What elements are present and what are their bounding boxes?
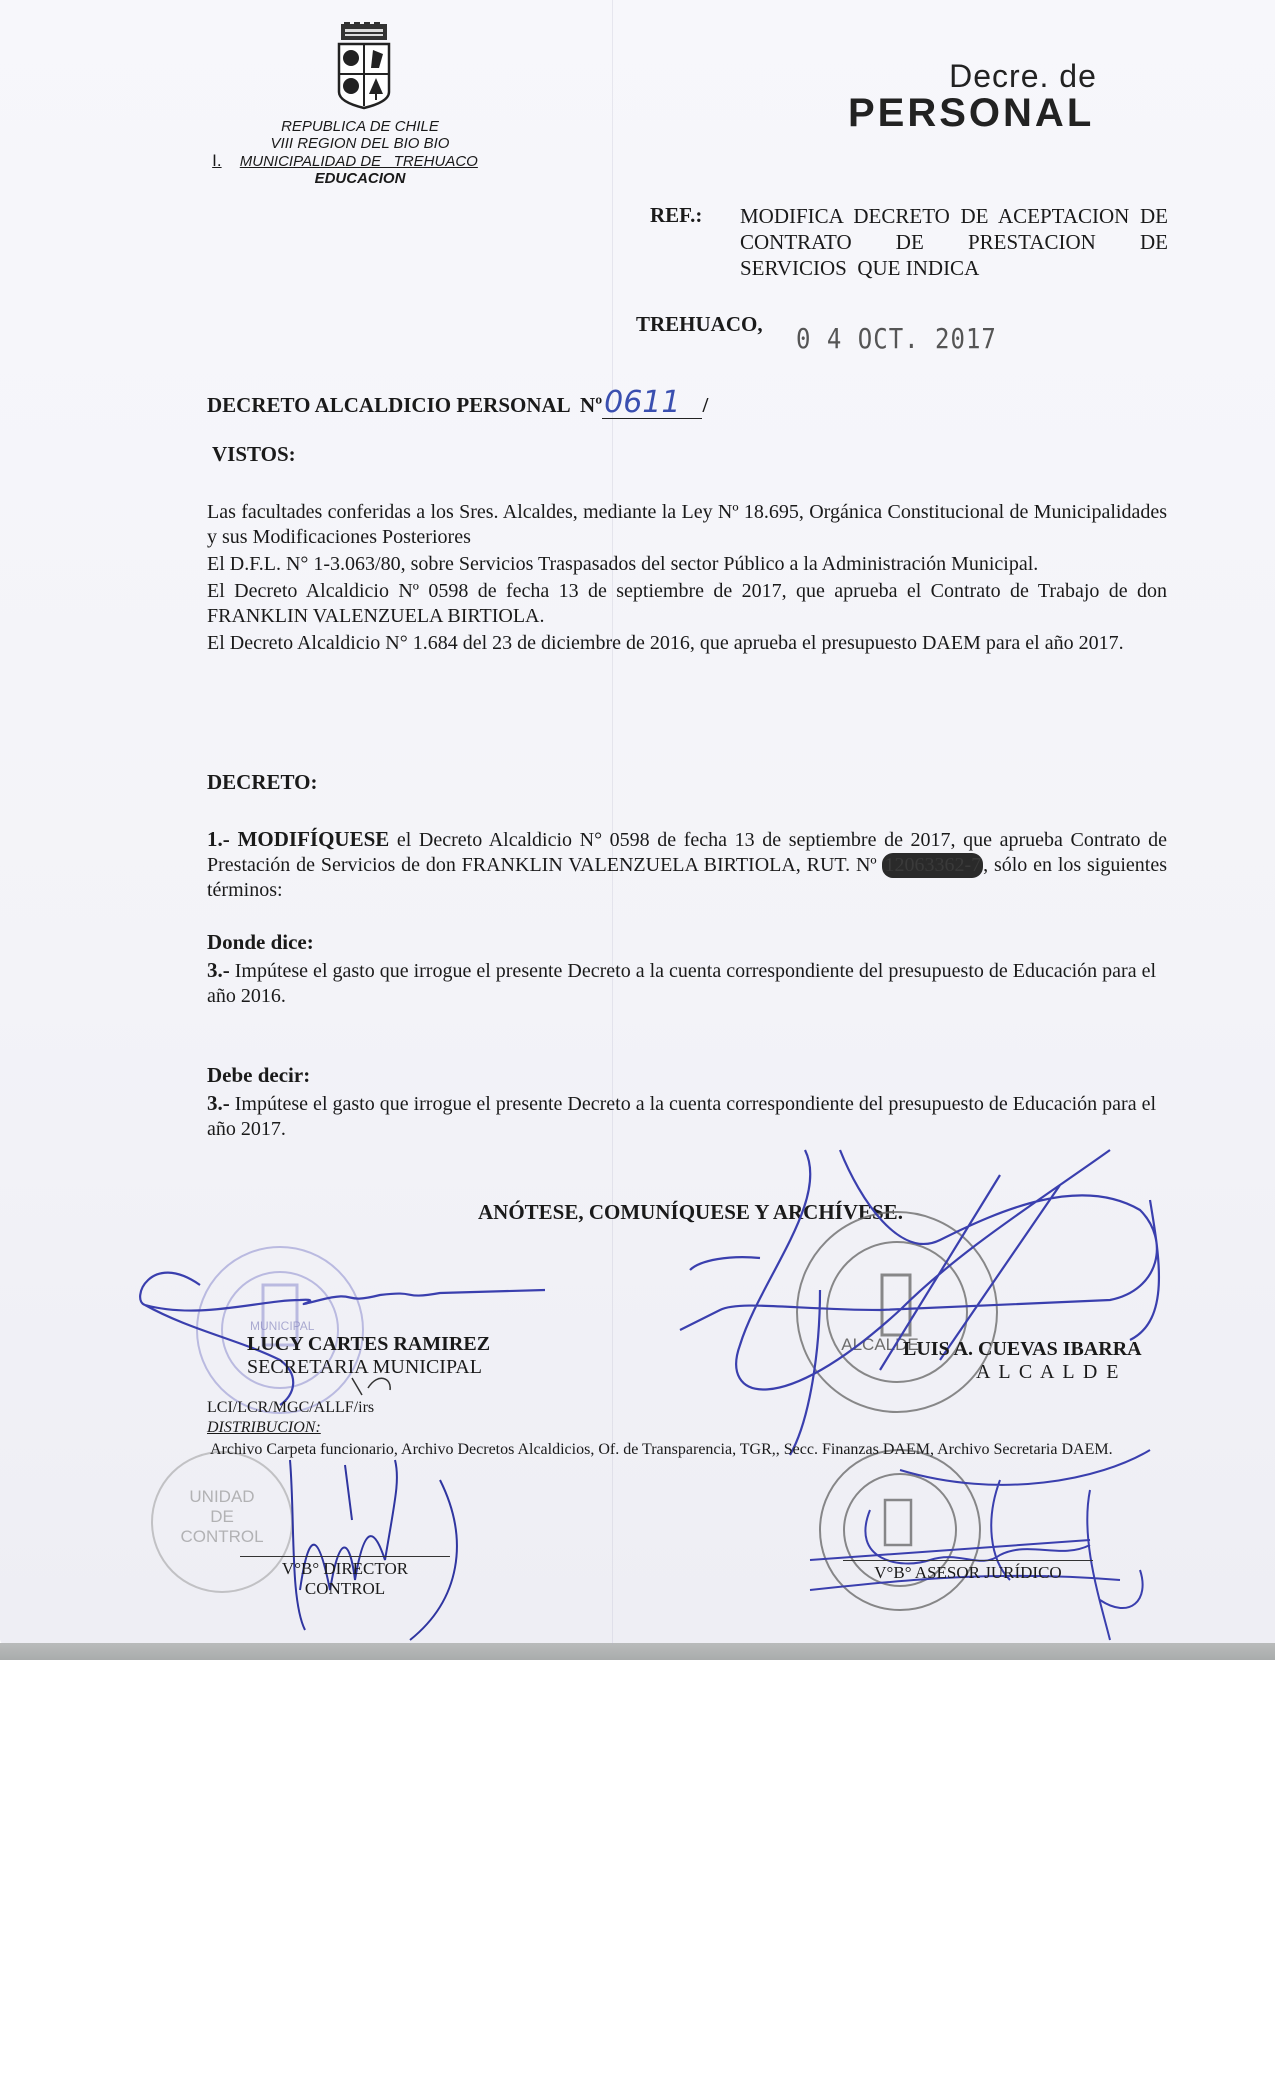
handwritten-decree-number: 0611 — [602, 388, 702, 419]
vistos-body: Las facultades conferidas a los Sres. Al… — [207, 500, 1167, 656]
debe-decir-heading: Debe decir: — [207, 1063, 1167, 1088]
donde-dice-heading: Donde dice: — [207, 930, 1167, 955]
vistos-paragraph: El Decreto Alcaldicio N° 1.684 del 23 de… — [207, 631, 1167, 656]
mayor-signature-block: LUIS A. CUEVAS IBARRA A L C A L D E — [903, 1338, 1142, 1384]
initials: LCI/LCR/MGC/ALLF/irs — [207, 1398, 374, 1417]
vistos-heading: VISTOS: — [212, 442, 296, 467]
municipality-label: I. MUNICIPALIDAD DE TREHUACO — [165, 152, 525, 170]
coat-of-arms-icon — [335, 22, 393, 110]
closing-formula: ANÓTESE, COMUNÍQUESE Y ARCHÍVESE. — [478, 1200, 903, 1225]
debe-decir-text: 3.- Impútese el gasto que irrogue el pre… — [207, 1091, 1167, 1142]
country-label: REPUBLICA DE CHILE — [195, 118, 525, 135]
reference-text: MODIFICA DECRETO DE ACEPTACION DE CONTRA… — [740, 203, 1168, 281]
redacted-rut: 12063362-7 — [882, 853, 983, 878]
decree-number-line: DECRETO ALCALDICIO PERSONAL Nº0611/ — [207, 388, 708, 419]
secretary-role: SECRETARIA MUNICIPAL — [247, 1356, 490, 1379]
secretary-name: LUCY CARTES RAMIREZ — [247, 1333, 490, 1356]
legal-approval: V°B° ASESOR JURÍDICO — [843, 1560, 1093, 1583]
reference-label: REF.: — [650, 203, 702, 228]
distribution-heading: DISTRIBUCION: — [207, 1418, 321, 1437]
decreto-heading: DECRETO: — [207, 770, 1167, 795]
vistos-paragraph: El Decreto Alcaldicio Nº 0598 de fecha 1… — [207, 579, 1167, 629]
donde-dice-text: 3.- Impútese el gasto que irrogue el pre… — [207, 958, 1167, 1009]
decreto-item-1: 1.- MODIFÍQUESE el Decreto Alcaldicio N°… — [207, 827, 1167, 903]
scanner-edge — [0, 1643, 1275, 1660]
secretary-signature-block: LUCY CARTES RAMIREZ SECRETARIA MUNICIPAL — [247, 1333, 490, 1379]
mayor-name: LUIS A. CUEVAS IBARRA — [903, 1338, 1142, 1361]
date-stamp: 0 4 OCT. 2017 — [796, 323, 997, 355]
document-type-stamp: Decre. de PERSONAL — [848, 58, 1158, 136]
vistos-paragraph: Las facultades conferidas a los Sres. Al… — [207, 500, 1167, 550]
institution-header: REPUBLICA DE CHILE VIII REGION DEL BIO B… — [195, 118, 525, 187]
region-label: VIII REGION DEL BIO BIO — [195, 135, 525, 152]
control-approval: V°B° DIRECTOR CONTROL — [240, 1556, 450, 1599]
page-fold-line — [612, 0, 613, 1645]
vistos-paragraph: El D.F.L. N° 1-3.063/80, sobre Servicios… — [207, 552, 1167, 577]
place-label: TREHUACO, — [636, 312, 763, 337]
mayor-role: A L C A L D E — [976, 1361, 1142, 1384]
department-label: EDUCACION — [195, 170, 525, 187]
distribution-list: Archivo Carpeta funcionario, Archivo Dec… — [207, 1440, 1167, 1459]
